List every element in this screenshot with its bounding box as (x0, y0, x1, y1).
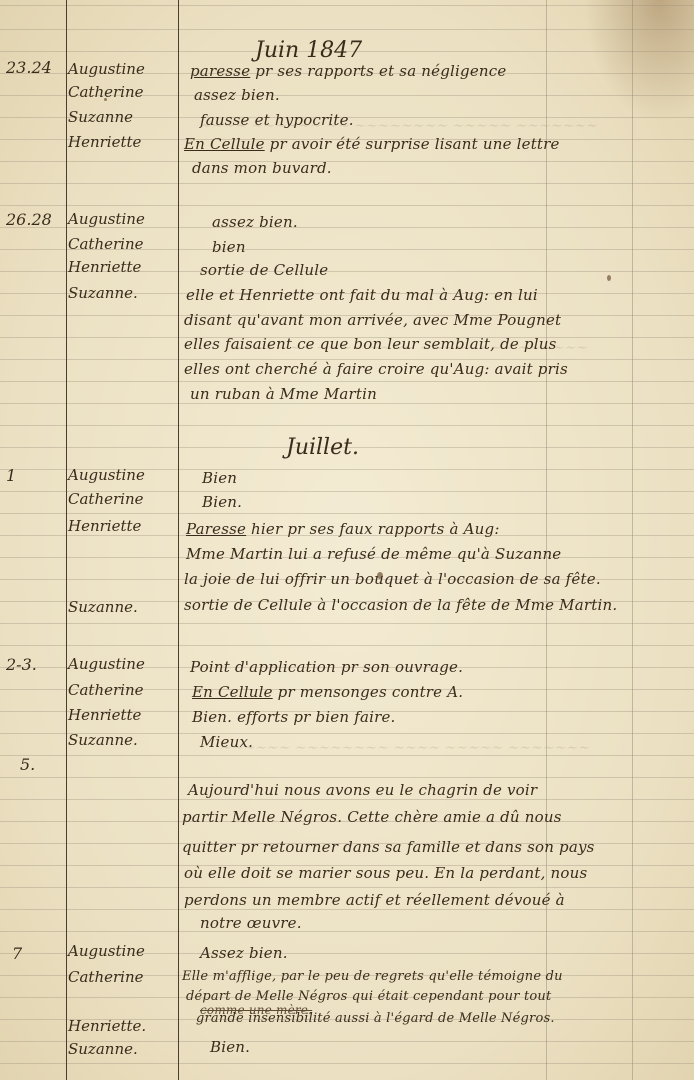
remark-text: bien (212, 240, 246, 255)
underlined-keyword: Paresse (186, 520, 246, 538)
pupil-name: Augustine (68, 60, 145, 78)
pupil-name: Augustine (68, 942, 145, 960)
entry-date: 5. (20, 755, 35, 774)
ledger-page: ~~~~ ~~~~~~ ~~ ~~~~~~~~ ~~~~~ ~~~~~~~ ~~… (0, 0, 694, 1080)
ink-stain (607, 275, 611, 281)
remark-text: où elle doit se marier sous peu. En la p… (184, 866, 587, 881)
remark-text: Paresse hier pr ses faux rapports à Aug: (186, 522, 500, 537)
pupil-name: Catherine (68, 681, 144, 699)
entry-date: 23.24 (6, 58, 52, 77)
remark-text: Bien. efforts pr bien faire. (192, 710, 396, 725)
remark-text: Bien (202, 471, 237, 486)
remark-text: Elle m'afflige, par le peu de regrets qu… (182, 970, 563, 983)
remark-text: En Cellule pr avoir été surprise lisant … (184, 137, 560, 152)
month-heading: Juin 1847 (255, 38, 362, 63)
remark-text: elles faisaient ce que bon leur semblait… (184, 337, 556, 352)
remark-text: fausse et hypocrite. (200, 113, 354, 128)
remark-text: quitter pr retourner dans sa famille et … (182, 840, 595, 855)
remark-text: Aujourd'hui nous avons eu le chagrin de … (188, 783, 537, 798)
underlined-keyword: paresse (190, 62, 250, 80)
remark-text: assez bien. (194, 88, 280, 103)
remark-text: Mieux. (200, 735, 253, 750)
pupil-name: Henriette (68, 133, 141, 151)
entry-date: 7 (12, 944, 22, 963)
pupil-name: Suzanne. (68, 731, 138, 749)
bleed-through-text: ~~~~~~ ~~~~~~~~ ~~~~ ~~~~~ ~~~~~~~ (216, 740, 593, 756)
pupil-name: Henriette (68, 517, 141, 535)
pupil-name: Catherine (68, 83, 144, 101)
remark-text: disant qu'avant mon arrivée, avec Mme Po… (184, 313, 561, 328)
pupil-name: Augustine (68, 210, 145, 228)
remark-text: un ruban à Mme Martin (190, 387, 377, 402)
ruled-lines (0, 0, 694, 1080)
date-column-rule (66, 0, 67, 1080)
pupil-name: Suzanne. (68, 598, 138, 616)
month-heading: Juillet. (286, 435, 359, 460)
pupil-name: Augustine (68, 655, 145, 673)
remark-text: sortie de Cellule (200, 263, 328, 278)
remark-text: perdons un membre actif et réellement dé… (184, 893, 565, 908)
pupil-name: Suzanne (68, 108, 133, 126)
entry-date: 2-3. (6, 655, 37, 674)
remark-text: dans mon buvard. (192, 161, 332, 176)
remark-text: sortie de Cellule à l'occasion de la fêt… (184, 598, 617, 613)
remark-text: elle et Henriette ont fait du mal à Aug:… (186, 288, 538, 303)
remark-text: Assez bien. (200, 946, 288, 961)
pupil-name: Augustine (68, 466, 145, 484)
pupil-name: Henriette (68, 706, 141, 724)
entry-date: 26.28 (6, 210, 52, 229)
remark-text: Mme Martin lui a refusé de même qu'à Suz… (186, 547, 561, 562)
remark-text: partir Melle Négros. Cette chère amie a … (182, 810, 562, 825)
pupil-name: Catherine (68, 490, 144, 508)
remark-text: assez bien. (212, 215, 298, 230)
faint-column-rule (546, 0, 547, 1080)
entry-date: 1 (6, 466, 16, 485)
underlined-keyword: En Cellule (184, 135, 265, 153)
pupil-name: Catherine (68, 968, 144, 986)
remark-text: En Cellule pr mensonges contre A. (192, 685, 463, 700)
name-column-rule (178, 0, 179, 1080)
underlined-keyword: En Cellule (192, 683, 273, 701)
remark-text: départ de Melle Négros qui était cependa… (186, 990, 551, 1003)
faint-column-rule (632, 0, 633, 1080)
pupil-name: Catherine (68, 235, 144, 253)
pupil-name: Suzanne. (68, 284, 138, 302)
remark-text: elles ont cherché à faire croire qu'Aug:… (184, 362, 568, 377)
remark-text: grande insensibilité aussi à l'égard de … (196, 1012, 555, 1025)
pupil-name: Henriette. (68, 1017, 146, 1035)
remark-text: Bien. (210, 1040, 250, 1055)
pupil-name: Henriette (68, 258, 141, 276)
remark-text: la joie de lui offrir un bouquet à l'occ… (184, 572, 601, 587)
remark-text: Point d'application pr son ouvrage. (190, 660, 463, 675)
remark-text: notre œuvre. (200, 916, 302, 931)
remark-text: Bien. (202, 495, 242, 510)
pupil-name: Suzanne. (68, 1040, 138, 1058)
remark-text: paresse pr ses rapports et sa négligence (190, 64, 506, 79)
